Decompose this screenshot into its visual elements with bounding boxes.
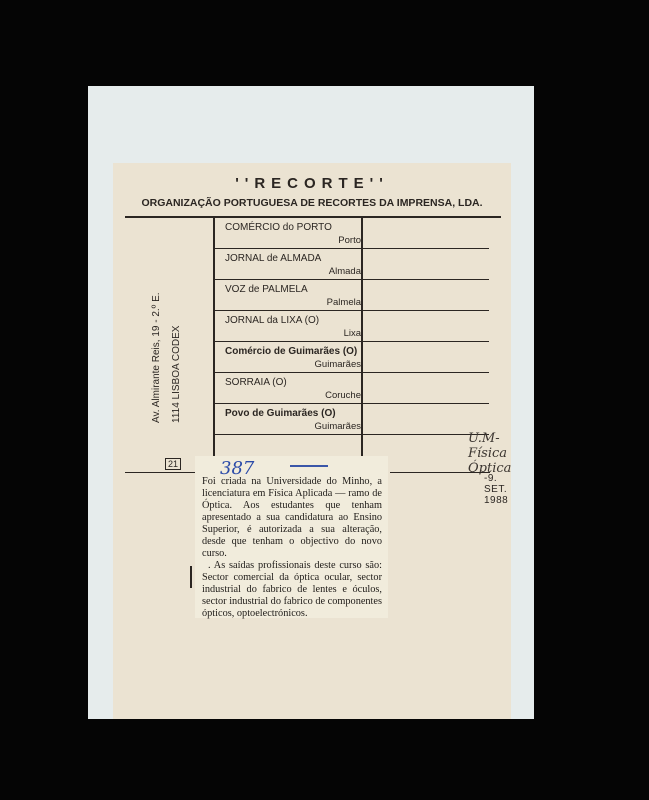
- bottom-rule-left: [125, 472, 203, 473]
- publication-name: JORNAL da LIXA (O): [225, 315, 319, 326]
- margin-mark: [190, 566, 192, 588]
- table-row: Comércio de Guimarães (O)Guimarães: [213, 342, 489, 373]
- publication-name: SORRAIA (O): [225, 377, 287, 388]
- publication-city: Palmela: [327, 297, 361, 308]
- pen-mark: [290, 465, 328, 467]
- publication-city: Almada: [329, 266, 361, 277]
- bottom-rule-right: [390, 472, 490, 473]
- address-line1: Av. Almirante Reis, 19 - 2.º E.: [147, 292, 167, 423]
- date-stamp: -9. SET. 1988: [484, 473, 508, 506]
- publication-city: Porto: [338, 235, 361, 246]
- address-block: Av. Almirante Reis, 19 - 2.º E. 1114 LIS…: [147, 292, 187, 423]
- table-row: SORRAIA (O)Coruche: [213, 373, 489, 404]
- publications-table: COMÉRCIO do PORTOPorto JORNAL de ALMADAA…: [213, 218, 489, 456]
- publication-name: Povo de Guimarães (O): [225, 408, 336, 419]
- clipping-card: ''RECORTE'' ORGANIZAÇÃO PORTUGUESA DE RE…: [113, 163, 511, 719]
- handwritten-note: U.M-Física Óptica: [468, 431, 511, 476]
- publication-name: Comércio de Guimarães (O): [225, 346, 357, 357]
- publication-name: VOZ de PALMELA: [225, 284, 308, 295]
- newspaper-clipping: 387 Foi criada na Universidade do Minho,…: [195, 456, 388, 618]
- publication-name: COMÉRCIO do PORTO: [225, 222, 332, 233]
- article-paragraph-1: Foi criada na Universidade do Minho, a l…: [202, 476, 382, 560]
- publication-city: Coruche: [325, 390, 361, 401]
- article-paragraph-2: . As saídas profissionais deste curso sã…: [202, 560, 382, 620]
- address-line2: 1114 LISBOA CODEX: [167, 292, 187, 423]
- publication-city: Guimarães: [315, 421, 361, 432]
- table-row: VOZ de PALMELAPalmela: [213, 280, 489, 311]
- company-title: ''RECORTE'': [113, 175, 511, 192]
- article-text: Foi criada na Universidade do Minho, a l…: [202, 476, 382, 620]
- publication-city: Guimarães: [315, 359, 361, 370]
- page-number-box: 21: [165, 458, 181, 470]
- table-row: COMÉRCIO do PORTOPorto: [213, 218, 489, 249]
- publication-name: JORNAL de ALMADA: [225, 253, 321, 264]
- table-row: Povo de Guimarães (O)Guimarães: [213, 404, 489, 435]
- publication-city: Lixa: [344, 328, 361, 339]
- table-row: JORNAL da LIXA (O)Lixa: [213, 311, 489, 342]
- table-row: JORNAL de ALMADAAlmada: [213, 249, 489, 280]
- company-subtitle: ORGANIZAÇÃO PORTUGUESA DE RECORTES DA IM…: [113, 197, 511, 209]
